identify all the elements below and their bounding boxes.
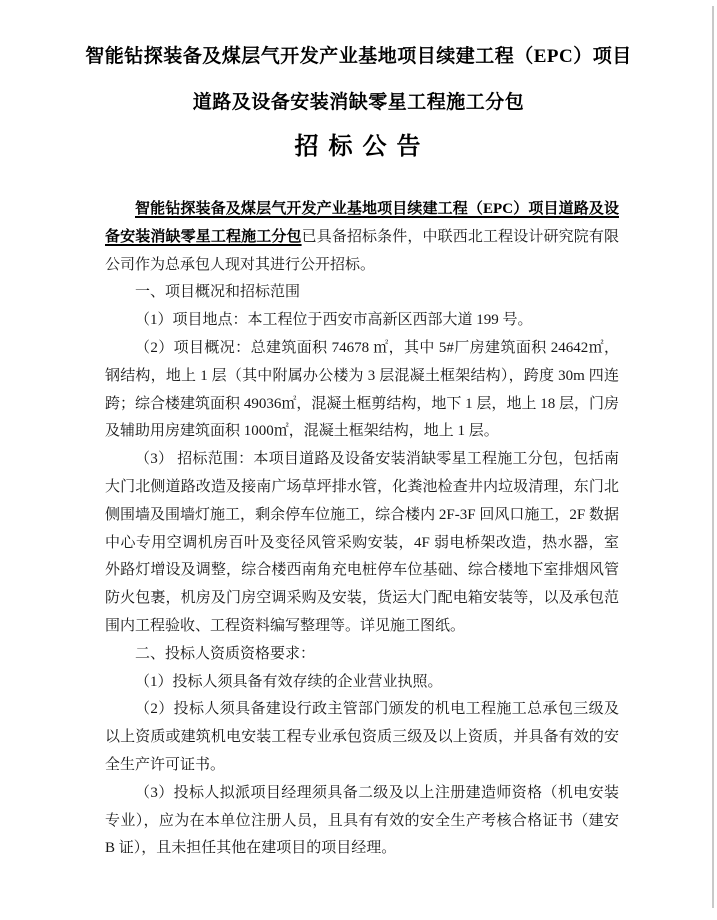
section-1-item-3: （3） 招标范围：本项目道路及设备安装消缺零星工程施工分包，包括南大门北侧道路改… [105, 446, 619, 641]
section-1-item-1: （1）项目地点：本工程位于西安市高新区西部大道 199 号。 [105, 307, 619, 335]
title-line-1: 智能钻探装备及煤层气开发产业基地项目续建工程（EPC）项目 [0, 34, 717, 80]
title-line-2: 道路及设备安装消缺零星工程施工分包 [0, 80, 717, 126]
intro-paragraph: 智能钻探装备及煤层气开发产业基地项目续建工程（EPC）项目道路及设备安装消缺零星… [105, 196, 619, 279]
section-2-item-3: （3）投标人拟派项目经理须具备二级及以上注册建造师资格（机电安装专业），应为在本… [105, 780, 619, 863]
section-2-item-1: （1）投标人须具备有效存续的企业营业执照。 [105, 669, 619, 697]
section-1-heading: 一、项目概况和招标范围 [105, 279, 619, 307]
section-2-heading: 二、投标人资质资格要求： [105, 641, 619, 669]
section-1-item-2: （2）项目概况：总建筑面积 74678 ㎡，其中 5#厂房建筑面积 24642㎡… [105, 335, 619, 446]
document-page: 智能钻探装备及煤层气开发产业基地项目续建工程（EPC）项目 道路及设备安装消缺零… [0, 0, 717, 920]
notice-heading: 招 标 公 告 [0, 132, 717, 162]
section-2-item-2: （2）投标人须具备建设行政主管部门颁发的机电工程施工总承包三级及以上资质或建筑机… [105, 696, 619, 779]
document-title: 智能钻探装备及煤层气开发产业基地项目续建工程（EPC）项目 道路及设备安装消缺零… [0, 0, 717, 126]
document-body: 智能钻探装备及煤层气开发产业基地项目续建工程（EPC）项目道路及设备安装消缺零星… [105, 196, 619, 863]
page-edge-line [712, 6, 714, 908]
